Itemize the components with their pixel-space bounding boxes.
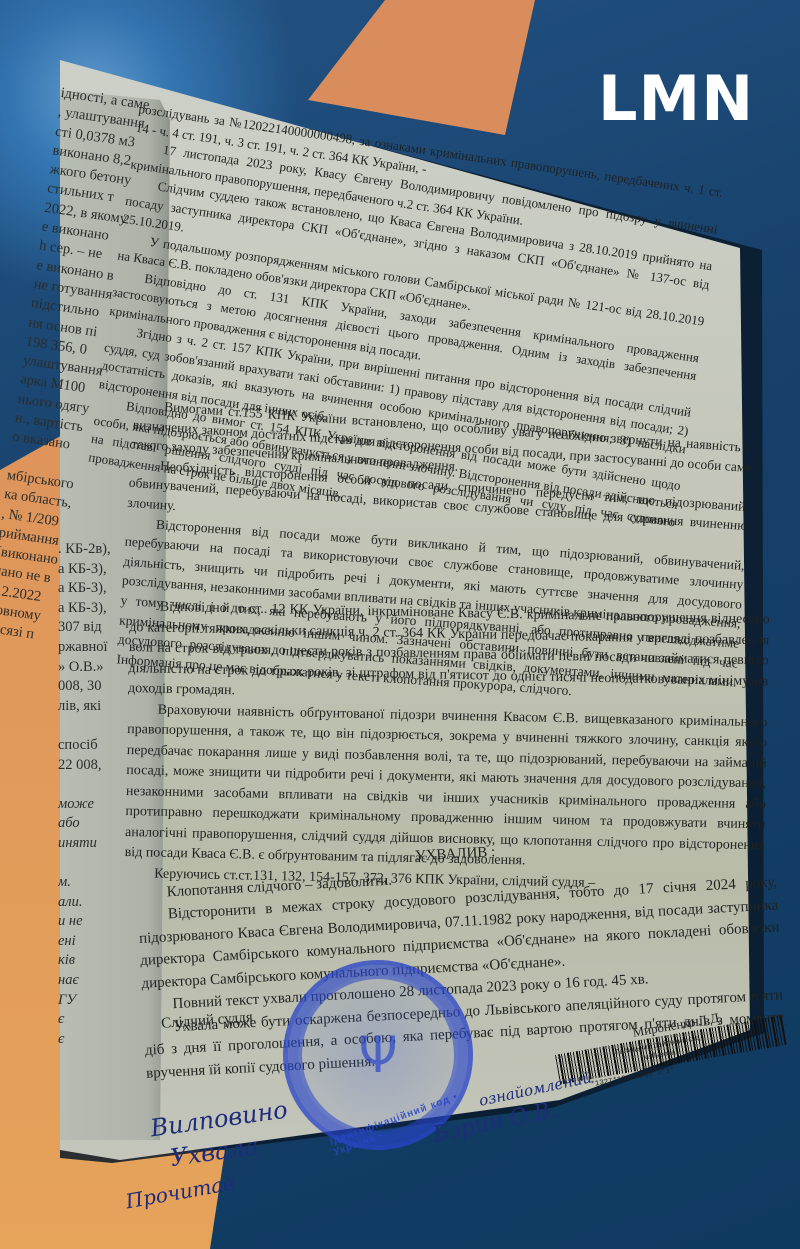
paragraph: Відповідно до ст.. 12 КК України, інкрим… [128,597,770,713]
trident-emblem-icon: Ψ [358,1026,397,1084]
brand-logo: LMN [598,62,754,135]
